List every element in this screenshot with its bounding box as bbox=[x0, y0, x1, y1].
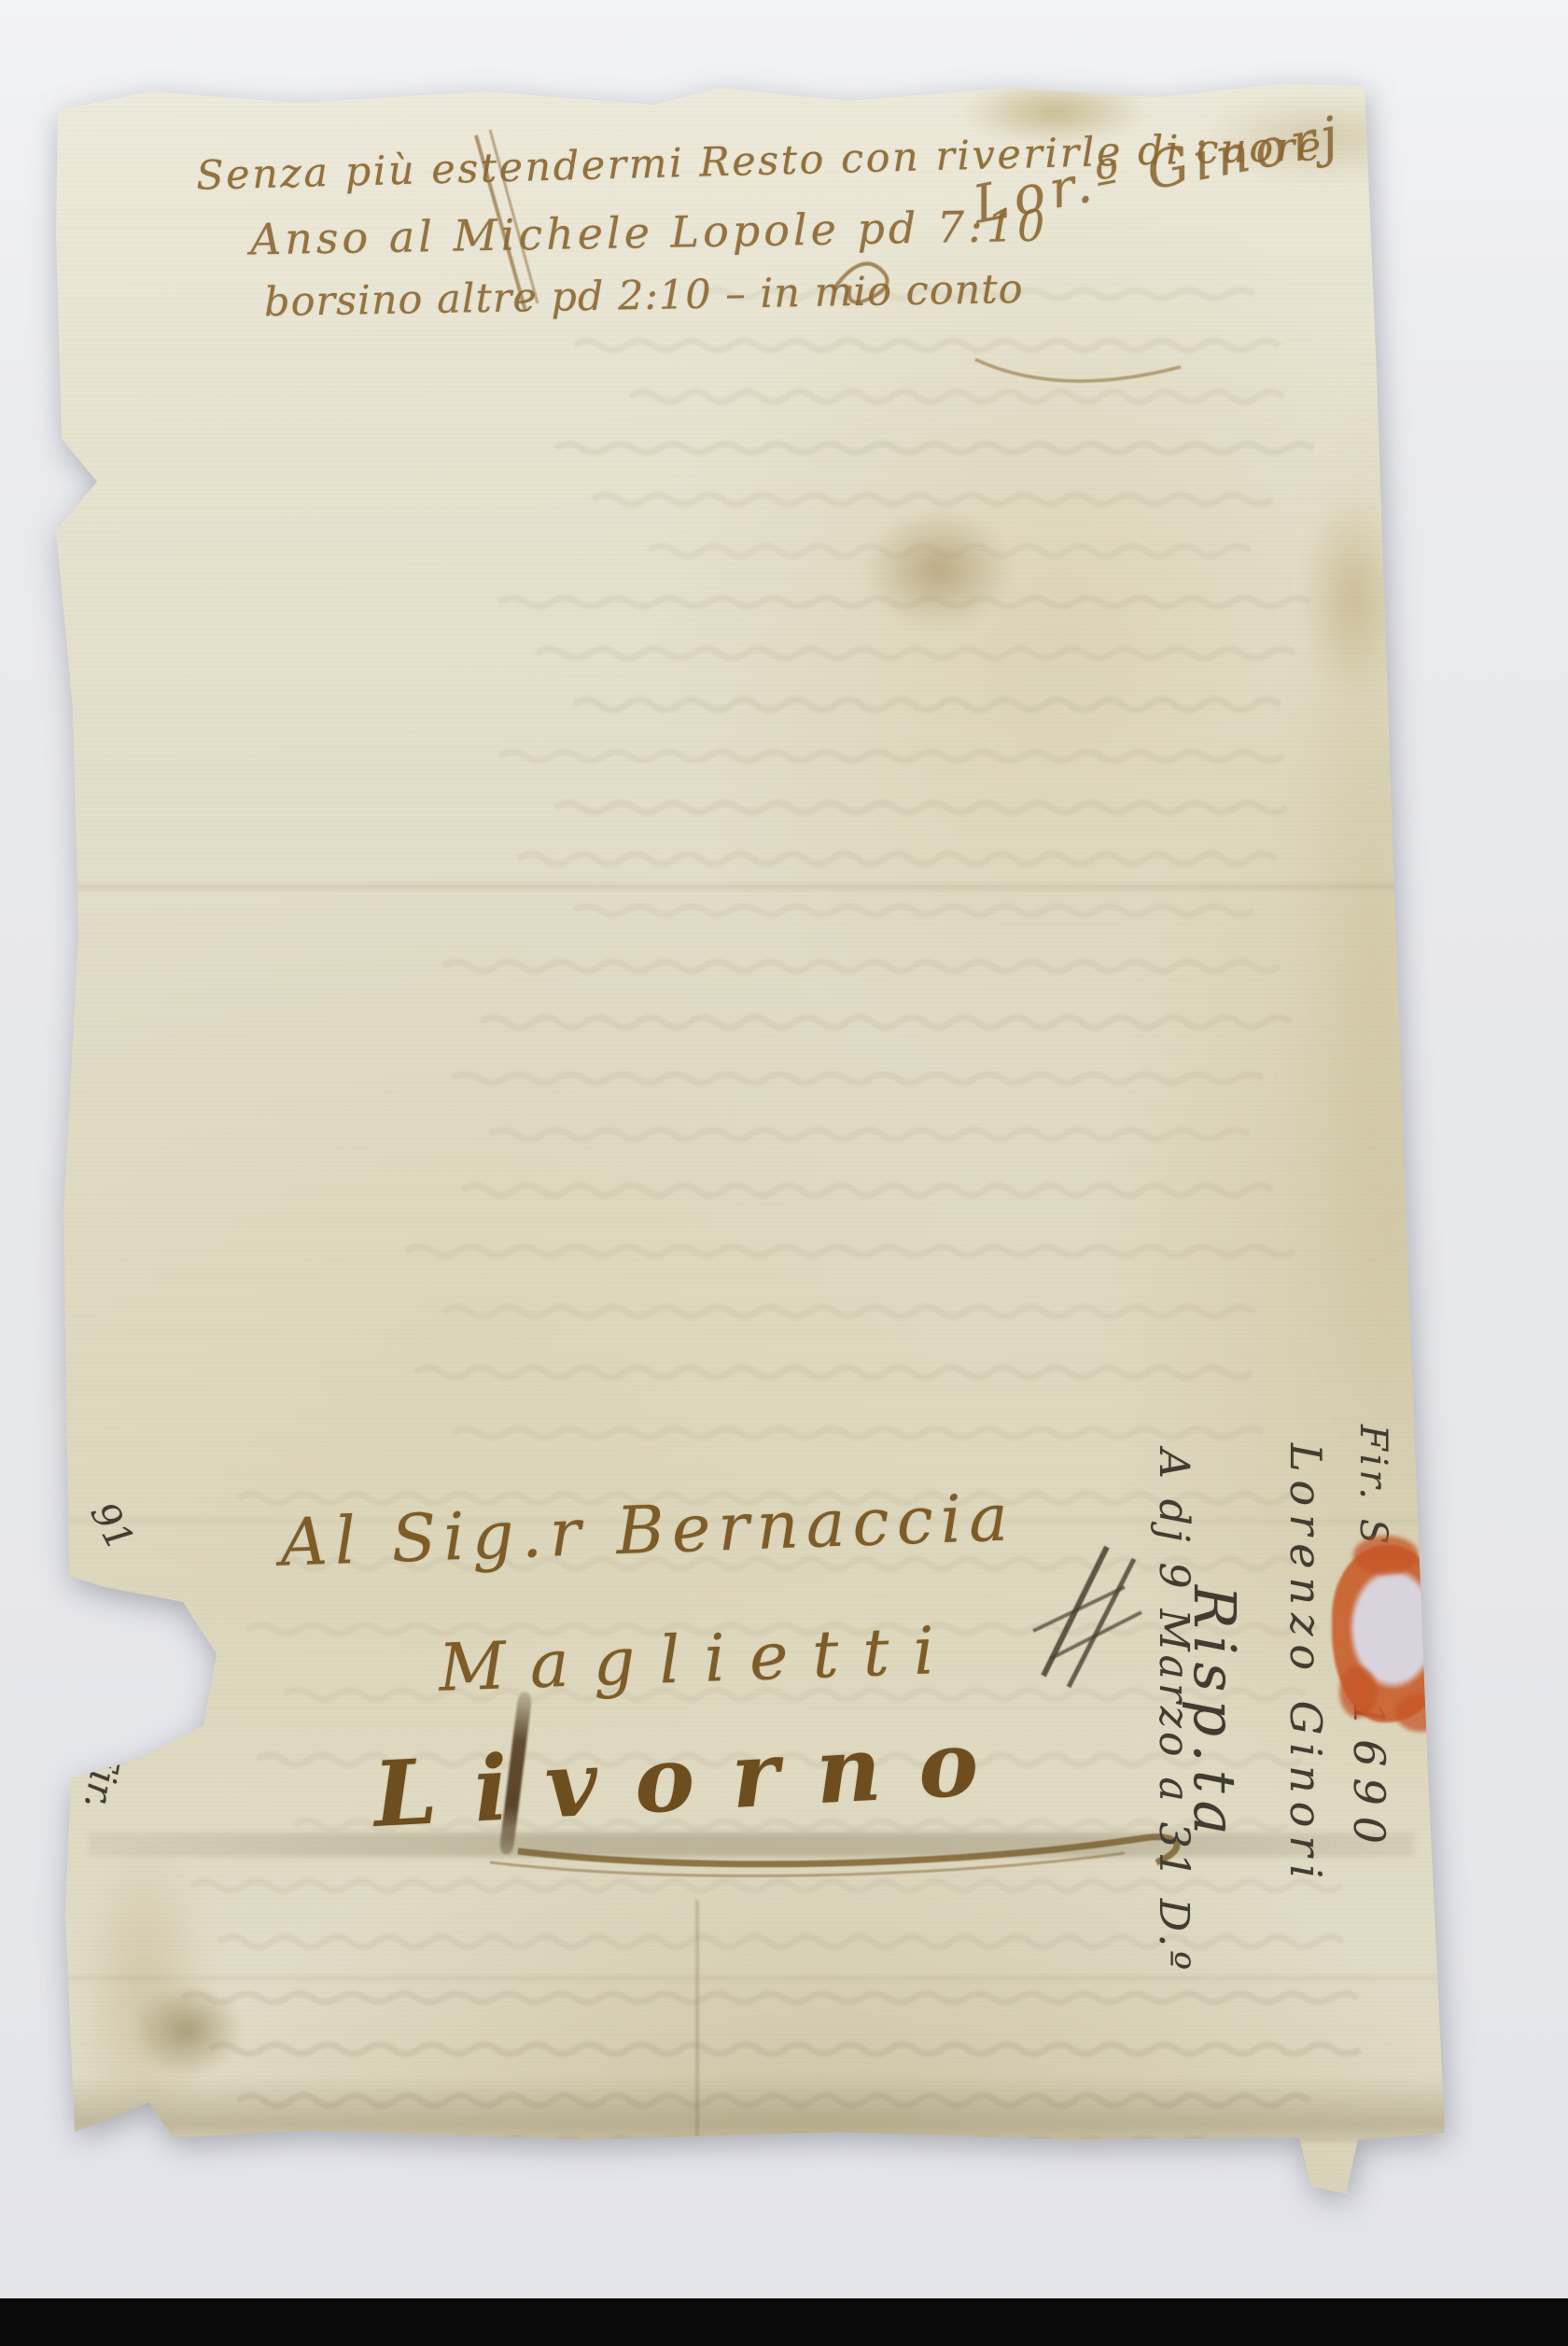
paper-stain bbox=[131, 1984, 243, 2077]
livorno-underline bbox=[490, 1853, 1125, 1875]
address-line-2: Maglietti bbox=[438, 1611, 960, 1706]
endorsement-reply: Risp.ta bbox=[1181, 1585, 1249, 1843]
tally-strokes bbox=[1043, 1547, 1107, 1676]
address-line-1: Al Sig.r Bernaccia bbox=[279, 1479, 1016, 1580]
fold-crease bbox=[51, 1974, 1451, 1982]
bleed-through-overlay bbox=[51, 79, 1451, 2198]
margin-number: 91 bbox=[81, 1496, 142, 1558]
tally-strokes bbox=[1050, 1612, 1141, 1659]
livorno-underline bbox=[518, 1837, 1177, 1864]
paper-stain bbox=[1293, 359, 1451, 1480]
manuscript-paper: Senza più estendermi Resto con riverirle… bbox=[51, 79, 1451, 2198]
closing-line-2: Anso al Michele Lopole pd 7:10 bbox=[250, 201, 1049, 265]
signature-flourish: Lor.º Ginorj bbox=[968, 105, 1348, 236]
dirt-band bbox=[51, 2077, 1451, 2142]
scanned-letter-page: Senza più estendermi Resto con riverirle… bbox=[0, 0, 1568, 2346]
tally-strokes bbox=[1069, 1559, 1134, 1687]
tally-strokes bbox=[1033, 1587, 1125, 1631]
wax-seal-fragment bbox=[1339, 1666, 1377, 1718]
paper-stain bbox=[1302, 495, 1405, 700]
fold-crease bbox=[51, 882, 1451, 892]
paper-stain bbox=[79, 1844, 210, 2142]
wax-seal-fragment bbox=[1353, 1536, 1419, 1575]
endorsement-place: Fir. S bbox=[1351, 1425, 1394, 1548]
scan-black-border bbox=[0, 2298, 1568, 2346]
paper-stain bbox=[863, 509, 1013, 630]
margin-place: Fir. bbox=[76, 1742, 129, 1812]
endorsement-year: 1690 bbox=[1344, 1701, 1394, 1855]
endorsement-sender: Lorenzo Ginori bbox=[1281, 1443, 1331, 1887]
city-name: Livorno bbox=[371, 1708, 1018, 1847]
fold-crease-vertical bbox=[695, 1900, 699, 2142]
signature-underline bbox=[975, 359, 1181, 381]
closing-line-3: borsino altre pd 2:10 – in mio conto bbox=[264, 266, 1024, 326]
wax-seal-fragment bbox=[1395, 1694, 1447, 1732]
paper-sheet-wrap: Senza più estendermi Resto con riverirle… bbox=[51, 79, 1451, 2198]
